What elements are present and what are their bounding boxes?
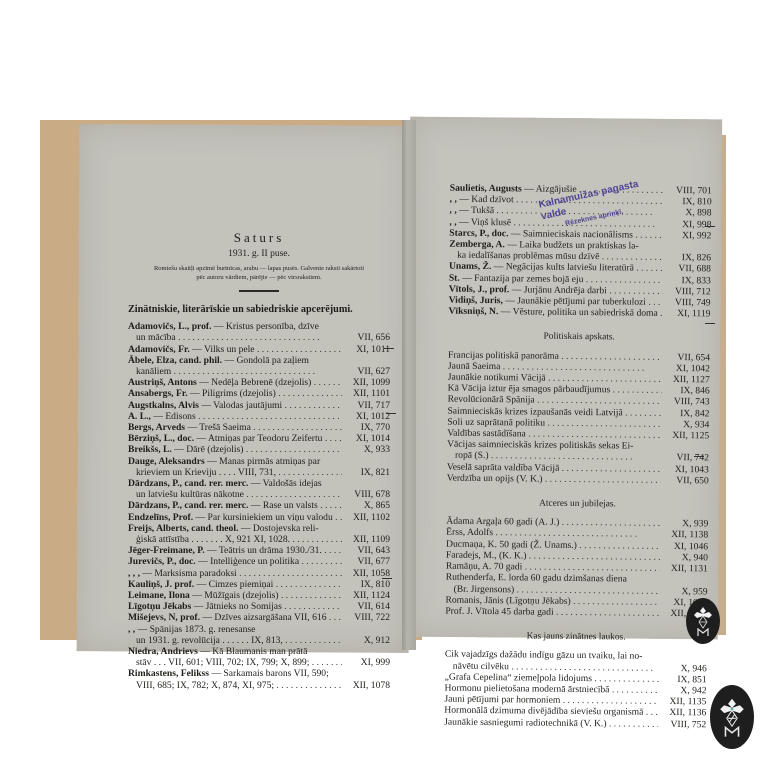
entry-page-ref: XII, 1136 xyxy=(658,707,706,719)
entry-page-ref: IX, 826 xyxy=(663,252,711,264)
entry-page-ref: VII, 627 xyxy=(342,366,390,377)
entry-author: Bērziņš, L., doc. xyxy=(128,433,194,444)
entry-title: Jaunā Saeima xyxy=(448,360,501,372)
left-entry-list: Adamovičs, L., prof. — Kristus personība… xyxy=(128,321,390,691)
entry-continuation-text: un 1931. g. revolūcija . . . . . . IX, 8… xyxy=(136,635,342,646)
index-entry: Jurevičs, P., doc. — Intelliģence un pol… xyxy=(128,556,390,567)
entry-title: — Mūžīgais (dzejolis) xyxy=(192,590,278,601)
entry-text: Austriņš, Antons — Nedēļa Bebrenē (dzejo… xyxy=(128,377,342,388)
entry-page-ref: XII, 1127 xyxy=(662,374,710,386)
entry-text: , , — Spānijas 1873. g. renesanse xyxy=(128,624,390,635)
entry-text: Jēger-Freimane, P. — Teātris un drāma 19… xyxy=(128,545,342,556)
entry-page-ref: VII, 614 xyxy=(342,601,390,612)
entry-page-ref: IX, 833 xyxy=(663,275,711,287)
entry-text: , , , — Marksisma paradoksi xyxy=(128,568,342,579)
index-entry-continuation: kanāliemVII, 627 xyxy=(128,366,390,377)
title-divider xyxy=(239,290,279,292)
entry-continuation-text: VIII, 685; IX, 782; X, 874, XI, 975; xyxy=(136,680,342,691)
entry-author: Adamovičs, Fr. xyxy=(128,344,190,355)
index-note-line-1: Romiešu skaitļi apzīmē burtnīcas, arabu … xyxy=(122,265,396,274)
entry-author: Jēger-Freimane, P. xyxy=(128,545,205,556)
index-entry: Verdzība un opijs (V. K.)VII, 650 xyxy=(447,473,709,487)
entry-page-ref: X, 898 xyxy=(663,207,711,219)
entry-page-ref: X, 940 xyxy=(660,552,708,564)
entry-page-ref: XI, 1012 xyxy=(342,411,390,422)
entry-author: , , , xyxy=(128,568,140,579)
entry-author: Adamovičs, L., prof. xyxy=(128,321,212,332)
pencil-mark xyxy=(694,456,704,457)
entry-page-ref: VIII, 701 xyxy=(664,185,712,197)
entry-page-ref: XI, 1014 xyxy=(342,433,390,444)
index-entry: Dārdzans, P., cand. rer. merc. — Rase un… xyxy=(128,500,390,511)
index-entry: Adamovičs, L., prof. — Kristus personība… xyxy=(128,321,390,332)
index-entry: , , , — Marksisma paradoksiXII, 1058 xyxy=(128,568,390,579)
entry-page-ref: VII, 643 xyxy=(342,545,390,556)
entry-title: — Sarkamais barons VII, 590; xyxy=(211,668,328,679)
entry-author: Endzelīns, Prof. xyxy=(128,512,193,523)
entry-title: Verdzība un opijs (V. K.) xyxy=(447,473,543,485)
entry-page-ref: X, 865 xyxy=(342,500,390,511)
entry-page-ref: VIII, 749 xyxy=(663,297,711,309)
index-entry: Jaunākie sasniegumi radiotechnikā (V. K.… xyxy=(444,716,706,730)
entry-title: Revolūcionārā Spānija xyxy=(448,394,535,406)
entry-author: , , xyxy=(450,194,457,205)
entry-author: , , xyxy=(128,624,135,635)
entry-title: — Intelliģence un politika xyxy=(198,556,299,567)
entry-page-ref: VII, 654 xyxy=(662,352,710,364)
entry-page-ref: VIII, 743 xyxy=(662,396,710,408)
entry-author: Niedra, Andrievs xyxy=(128,646,198,657)
entry-author: Dauge, Aleksandrs xyxy=(128,456,205,467)
entry-author: Saulietis, Augusts xyxy=(450,183,522,195)
entry-page-ref: VII, 677 xyxy=(342,556,390,567)
index-entry: , , — Spānijas 1873. g. renesanse xyxy=(128,624,390,635)
entry-title: — Valdošās idejas xyxy=(251,478,322,489)
entry-title: — Spānijas 1873. g. renesanse xyxy=(138,624,256,635)
index-entry-continuation: krieviem un Krieviju . . . . VIII, 731,I… xyxy=(128,467,390,478)
index-entry: Dārdzans, P., cand. rer. merc. — Valdošā… xyxy=(128,478,390,489)
entry-title: Ērss, Adolfs xyxy=(446,527,493,538)
entry-page-ref: VIII, 722 xyxy=(342,612,390,623)
entry-page-ref: XI, 1119 xyxy=(662,308,710,320)
index-entry-continuation: un 1931. g. revolūcija . . . . . . IX, 8… xyxy=(128,635,390,646)
index-entry: Rimkastens, Felikss — Sarkamais barons V… xyxy=(128,668,390,679)
entry-title: — Vēsture, politika un sabiedriskā doma xyxy=(501,306,658,319)
entry-author: , , xyxy=(450,205,457,216)
entry-page-ref: VII, 650 xyxy=(661,475,709,487)
index-entry: Austriņš, Antons — Nedēļa Bebrenē (dzejo… xyxy=(128,377,390,388)
entry-title: — Trešā Saeima xyxy=(187,422,250,433)
entry-author: Mišejevs, N, prof. xyxy=(128,612,200,623)
index-note-line-2: pēc autoru vārdiem, pārējie — pēc virsra… xyxy=(122,274,396,283)
entry-title: Francijas politiskā panorāma xyxy=(448,349,559,361)
entry-title: Faradejs, M., (K. K.) xyxy=(446,550,527,562)
entry-text: Vīksniņš, N. — Vēsture, politika un sabi… xyxy=(448,306,662,319)
entry-author: Vīksniņš, N. xyxy=(448,306,498,318)
entry-page-ref: XI, 1046 xyxy=(660,541,708,553)
index-entry: Freijs, Alberts, cand. theol. — Dostojev… xyxy=(128,523,390,534)
entry-page-ref: IX, 842 xyxy=(661,408,709,420)
entry-title: Valdības sastādīšana xyxy=(447,428,526,440)
entry-title: Jauni pētījumi par hormoniem xyxy=(444,694,560,706)
entry-title: — Atmiņas par Teodoru Zeifertu xyxy=(197,433,323,444)
entry-author: A. L., xyxy=(128,411,151,422)
entry-title: — Rase un valsts xyxy=(251,500,318,511)
entry-page-ref: XI, 998 xyxy=(663,218,711,230)
entry-author: Vidiņš, Juris, xyxy=(449,295,503,307)
entry-page-ref: VIII, 752 xyxy=(658,718,706,730)
entry-text: A. L., — Edisons xyxy=(128,411,342,422)
entry-page-ref: XII, 1135 xyxy=(658,696,706,708)
entry-title: Jaunākie sasniegumi radiotechnikā (V. K.… xyxy=(444,716,606,729)
entry-page-ref: XI, 999 xyxy=(342,657,390,668)
index-entry: Kauliņš, J. prof. — Cimzes piemiņaiIX, 8… xyxy=(128,579,390,590)
entry-author: Starcs, P., doc. xyxy=(449,227,508,239)
entry-page-ref: IX, 810 xyxy=(342,579,390,590)
pencil-mark xyxy=(705,226,715,227)
entry-title: — Kā Blaumanis man prātā xyxy=(200,646,307,657)
entry-title: Soli uz saprātanā politiku xyxy=(447,416,545,428)
entry-text: Adamovičs, Fr. — Vilks un pele xyxy=(128,344,342,355)
index-entry: A. L., — EdisonsXI, 1012 xyxy=(128,411,390,422)
entry-page-ref: X, 939 xyxy=(660,518,708,530)
entry-title: — Jurjānu Andrēja darbi xyxy=(512,284,607,296)
entry-page-ref: IX, 770 xyxy=(342,422,390,433)
entry-text: Kauliņš, J. prof. — Cimzes piemiņai xyxy=(128,579,342,590)
entry-title: — Dzīves aizsargāšana VII, 616 xyxy=(202,612,326,623)
entry-text: Bergs, Arveds — Trešā Saeima xyxy=(128,422,342,433)
entry-page-ref: XII, 1078 xyxy=(342,680,390,691)
entry-page-ref: XII, 1131 xyxy=(660,563,708,575)
entry-text: Breikšs, L. — Dārē (dzejolis) xyxy=(128,444,342,455)
entry-page-ref: VIII, 678 xyxy=(342,489,390,500)
index-entry-continuation: stāv . . . VII, 601; VIII, 702; IX, 799;… xyxy=(128,657,390,668)
index-entry: Adamovičs, Fr. — Vilks un peleXI, 1011 xyxy=(128,344,390,355)
entry-page-ref: VIII, 712 xyxy=(663,286,711,298)
entry-page-ref: X, 933 xyxy=(342,444,390,455)
entry-continuation-text: kanāliem xyxy=(136,366,342,377)
entry-text: Mišejevs, N, prof. — Dzīves aizsargāšana… xyxy=(128,612,342,623)
ornament-monogram-icon xyxy=(715,692,749,742)
entry-title: — Nedēļa Bebrenē (dzejolis) xyxy=(199,377,311,388)
ornament-monogram-icon xyxy=(690,603,716,639)
entry-title: — Valodas jautājumi xyxy=(201,400,282,411)
index-entry: Jēger-Freimane, P. — Teātris un drāma 19… xyxy=(128,545,390,556)
index-entry: Leimane, Ilona — Mūžīgais (dzejolis)XII,… xyxy=(128,590,390,601)
entry-author: Ansabergs, Fr. xyxy=(128,388,188,399)
entry-text: Jaunākie sasniegumi radiotechnikā (V. K.… xyxy=(444,716,658,729)
entry-title: Veselā saprāta valdība Vācijā xyxy=(447,461,560,473)
entry-page-ref: IX, 851 xyxy=(659,674,707,686)
entry-text: Niedra, Andrievs — Kā Blaumanis man prāt… xyxy=(128,646,390,657)
index-entry: Augstkalns, Alvis — Valodas jautājumiVII… xyxy=(128,400,390,411)
right-sections: Politiskais apskats.Francijas politiskā … xyxy=(444,331,710,730)
entry-text: Jurevičs, P., doc. — Intelliģence un pol… xyxy=(128,556,342,567)
pencil-mark xyxy=(384,348,394,349)
index-entry: Niedra, Andrievs — Kā Blaumanis man prāt… xyxy=(128,646,390,657)
entry-author: Zemberga, A. xyxy=(449,239,505,251)
entry-page-ref: VII, 656 xyxy=(342,332,390,343)
index-entry: Mišejevs, N, prof. — Dzīves aizsargāšana… xyxy=(128,612,390,623)
entry-page-ref: XII, 1101 xyxy=(342,388,390,399)
entry-continuation-text: un mācība xyxy=(136,332,342,343)
entry-continuation-text: stāv . . . VII, 601; VIII, 702; IX, 799;… xyxy=(136,657,342,668)
index-entry: Dauge, Aleksandrs — Manas pirmās atmiņas… xyxy=(128,456,390,467)
entry-page-ref: X, 946 xyxy=(659,662,707,674)
entry-text: Adamovičs, L., prof. — Kristus personība… xyxy=(128,321,390,332)
entry-page-ref: XII, 1099 xyxy=(342,377,390,388)
entry-title: — Dostojevska reli- xyxy=(241,523,319,534)
entry-page-ref: XII, 1109 xyxy=(342,534,390,545)
index-entry: Endzelīns, Prof. — Par kursiniekiem un v… xyxy=(128,512,390,523)
entry-title: — Tukšā . . . xyxy=(459,205,508,217)
entry-text: Augstkalns, Alvis — Valodas jautājumi xyxy=(128,400,342,411)
index-entry: Ābele, Elza, cand. phil. — Gondolā pa za… xyxy=(128,355,390,366)
section-heading: Atceres un jubilejas. xyxy=(446,498,708,512)
entry-author: Līgotņu Jēkabs xyxy=(128,601,191,612)
entry-author: Kauliņš, J. prof. xyxy=(128,579,194,590)
index-entry: Breikšs, L. — Dārē (dzejolis)X, 933 xyxy=(128,444,390,455)
entry-continuation-text: un latviešu kultūras nākotne xyxy=(136,489,342,500)
entry-author: Austriņš, Antons xyxy=(128,377,197,388)
entry-author: Augstkalns, Alvis xyxy=(128,400,199,411)
section-heading: Kas jauns zinātnes laukos. xyxy=(445,631,707,645)
entry-page-ref: XII, 1102 xyxy=(342,512,390,523)
entry-continuation-text: ģiskā attīstība . . . . . . . X, 921 XI,… xyxy=(136,534,342,545)
entry-title: — Viņš klusē xyxy=(459,216,511,228)
entry-text: Leimane, Ilona — Mūžīgais (dzejolis) xyxy=(128,590,342,601)
entry-text: Ansabergs, Fr. — Piligrims (dzejolis) xyxy=(128,388,342,399)
index-entry-continuation: un latviešu kultūras nākotneVIII, 678 xyxy=(128,489,390,500)
entry-page-ref: VII, 717 xyxy=(342,400,390,411)
entry-title: — Marksisma paradoksi xyxy=(142,568,236,579)
entry-page-ref: VII, 742 xyxy=(661,452,709,464)
entry-page-ref: XI, 1043 xyxy=(661,464,709,476)
entry-author: Unams, Ž. xyxy=(449,261,492,272)
entry-page-ref: X, 934 xyxy=(661,419,709,431)
entry-page-ref: IX, 846 xyxy=(662,385,710,397)
book-gutter xyxy=(402,120,416,650)
entry-title: Ramāņu, A. 70 gadi xyxy=(446,561,523,573)
pencil-mark xyxy=(382,578,392,579)
index-entry-continuation: un mācībaVII, 656 xyxy=(128,332,390,343)
entry-author: Jurevičs, P., doc. xyxy=(128,556,196,567)
entry-author: Ābele, Elza, cand. phil. xyxy=(128,355,222,366)
entry-author: St. xyxy=(449,272,460,283)
entry-page-ref: XII, 1124 xyxy=(342,590,390,601)
section-heading: Politiskais apskats. xyxy=(448,331,710,345)
entry-text: Prof. J. Vītola 45 darba gadi xyxy=(445,606,659,619)
entry-author: Bergs, Arveds xyxy=(128,422,185,433)
section-heading: Zinātniskie, literārīskie un sabiedriski… xyxy=(128,304,390,315)
entry-page-ref: XI, 1011 xyxy=(342,344,390,355)
watermark-badge xyxy=(710,685,754,749)
index-entry: Bērziņš, L., doc. — Atmiņas par Teodoru … xyxy=(128,433,390,444)
entry-text: Rimkastens, Felikss — Sarkamais barons V… xyxy=(128,668,390,679)
page-subtitle: 1931. g. II puse. xyxy=(128,249,390,260)
entry-page-ref: IX, 821 xyxy=(342,467,390,478)
page-title: Saturs xyxy=(128,232,390,243)
entry-page-ref: XI, 992 xyxy=(663,230,711,242)
index-entry-continuation: VIII, 685; IX, 782; X, 874, XI, 975;XII,… xyxy=(128,680,390,691)
index-entry: Līgotņu Jēkabs — Jātnieks no SomijasVII,… xyxy=(128,601,390,612)
entry-page-ref: X, 959 xyxy=(660,585,708,597)
entry-text: Bērziņš, L., doc. — Atmiņas par Teodoru … xyxy=(128,433,342,444)
index-entry: Prof. J. Vītola 45 darba gadiXII, 1150 xyxy=(445,606,707,620)
entry-author: Dārdzans, P., cand. rer. merc. xyxy=(128,500,248,511)
index-entry: Ansabergs, Fr. — Piligrims (dzejolis)XII… xyxy=(128,388,390,399)
index-entry: Vīksniņš, N. — Vēsture, politika un sabi… xyxy=(448,306,710,320)
entry-title: — Manas pirmās atmiņas par xyxy=(207,456,320,467)
entry-text: Dārdzans, P., cand. rer. merc. — Rase un… xyxy=(128,500,342,511)
entry-author: Leimane, Ilona xyxy=(128,590,190,601)
entry-title: — Kristus personība, dzīve xyxy=(214,321,319,332)
entry-text: Līgotņu Jēkabs — Jātnieks no Somijas xyxy=(128,601,342,612)
entry-title: — Cimzes piemiņai xyxy=(197,579,274,590)
entry-title: — Edisons xyxy=(153,411,195,422)
entry-page-ref: VII, 688 xyxy=(663,263,711,275)
entry-author: Freijs, Alberts, cand. theol. xyxy=(128,523,238,534)
entry-author: Dārdzans, P., cand. rer. merc. xyxy=(128,478,248,489)
entry-title: — Piligrims (dzejolis) xyxy=(190,388,276,399)
entry-text: Ābele, Elza, cand. phil. — Gondolā pa za… xyxy=(128,355,390,366)
pencil-mark xyxy=(705,323,715,324)
entry-text: Endzelīns, Prof. — Par kursiniekiem un v… xyxy=(128,512,342,523)
entry-title: — Dārē (dzejolis) xyxy=(174,444,243,455)
index-entry: Bergs, Arveds — Trešā SaeimaIX, 770 xyxy=(128,422,390,433)
entry-title: — Kad dzīvot . . . xyxy=(459,194,528,206)
entry-continuation-text: krieviem un Krieviju . . . . VIII, 731, xyxy=(136,467,342,478)
entry-page-ref: X, 912 xyxy=(342,635,390,646)
entry-title: Prof. J. Vītola 45 darba gadi xyxy=(445,606,553,618)
entry-author: Vītols, J., prof. xyxy=(449,283,510,295)
entry-text: Dārdzans, P., cand. rer. merc. — Valdošā… xyxy=(128,478,390,489)
entry-page-ref: XI, 1042 xyxy=(662,363,710,375)
entry-text: Verdzība un opijs (V. K.) xyxy=(447,473,661,486)
entry-title: Jaunākie notikumi Vācijā xyxy=(448,372,546,384)
entry-title: — Teātris un drāma 1930./31. xyxy=(207,545,322,556)
entry-text: Freijs, Alberts, cand. theol. — Dostojev… xyxy=(128,523,390,534)
entry-title: — Gondolā pa zaļiem xyxy=(225,355,309,366)
entry-author: Rimkastens, Felikss xyxy=(128,668,209,679)
entry-page-ref: XII, 1125 xyxy=(661,430,709,442)
index-entry-continuation: ģiskā attīstība . . . . . . . X, 921 XI,… xyxy=(128,534,390,545)
entry-title: — Par kursiniekiem un viņu valodu xyxy=(196,512,333,523)
entry-title: Ādama Argaļa 60 gadi (A. J.) xyxy=(446,516,559,528)
entry-author: Breikšs, L. xyxy=(128,444,172,455)
pencil-mark xyxy=(386,413,396,414)
entry-title: — Jātnieks no Somijas xyxy=(194,601,282,612)
left-page-content: Saturs 1931. g. II puse. Romiešu skaitļi… xyxy=(128,232,390,691)
right-page-content: Saulietis, Augusts — AizgājušieVIII, 701… xyxy=(444,183,712,730)
entry-page-ref: X, 942 xyxy=(658,685,706,697)
entry-text: Dauge, Aleksandrs — Manas pirmās atmiņas… xyxy=(128,456,390,467)
entry-author: , , xyxy=(449,216,456,227)
watermark-badge xyxy=(686,598,720,644)
entry-page-ref: XII, 1138 xyxy=(660,529,708,541)
entry-title: — Vilks un pele xyxy=(192,344,254,355)
